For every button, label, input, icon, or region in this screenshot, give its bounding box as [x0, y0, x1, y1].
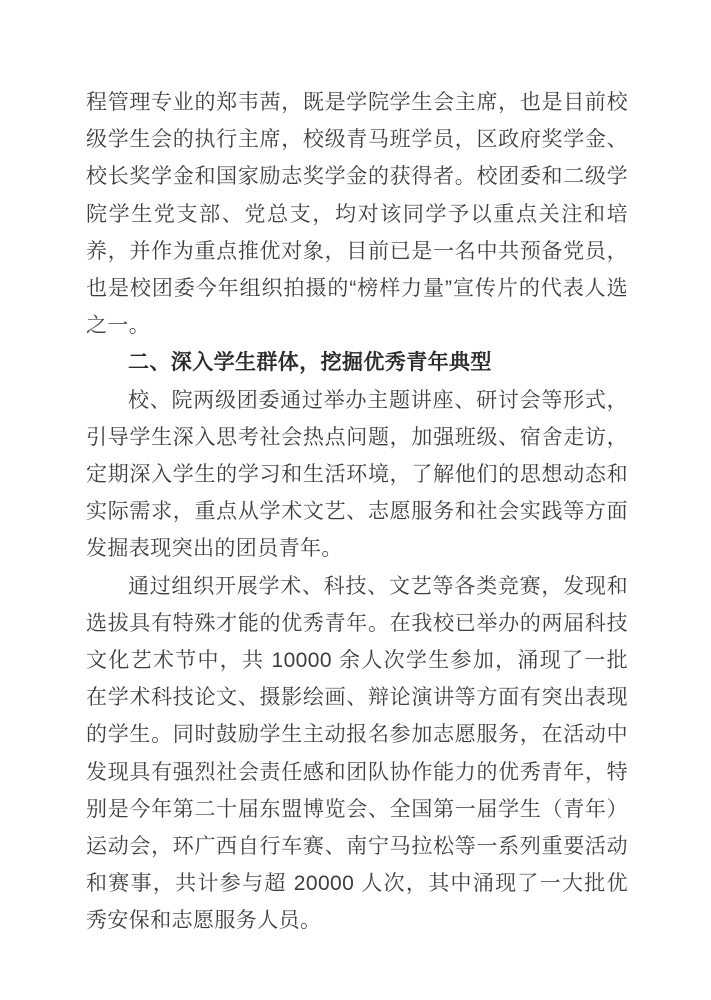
body-paragraph-2: 校、院两级团委通过举办主题讲座、研讨会等形式，引导学生深入思考社会热点问题，加强…	[86, 382, 628, 568]
page-content: 程管理专业的郑韦茜，既是学院学生会主席，也是目前校级学生会的执行主席，校级青马班…	[86, 84, 628, 940]
document-page: 程管理专业的郑韦茜，既是学院学生会主席，也是目前校级学生会的执行主席，校级青马班…	[0, 0, 711, 1000]
continuation-paragraph: 程管理专业的郑韦茜，既是学院学生会主席，也是目前校级学生会的执行主席，校级青马班…	[86, 84, 628, 344]
body-paragraph-3: 通过组织开展学术、科技、文艺等各类竞赛，发现和选拔具有特殊才能的优秀青年。在我校…	[86, 568, 628, 940]
section-heading: 二、深入学生群体，挖掘优秀青年典型	[86, 344, 628, 381]
